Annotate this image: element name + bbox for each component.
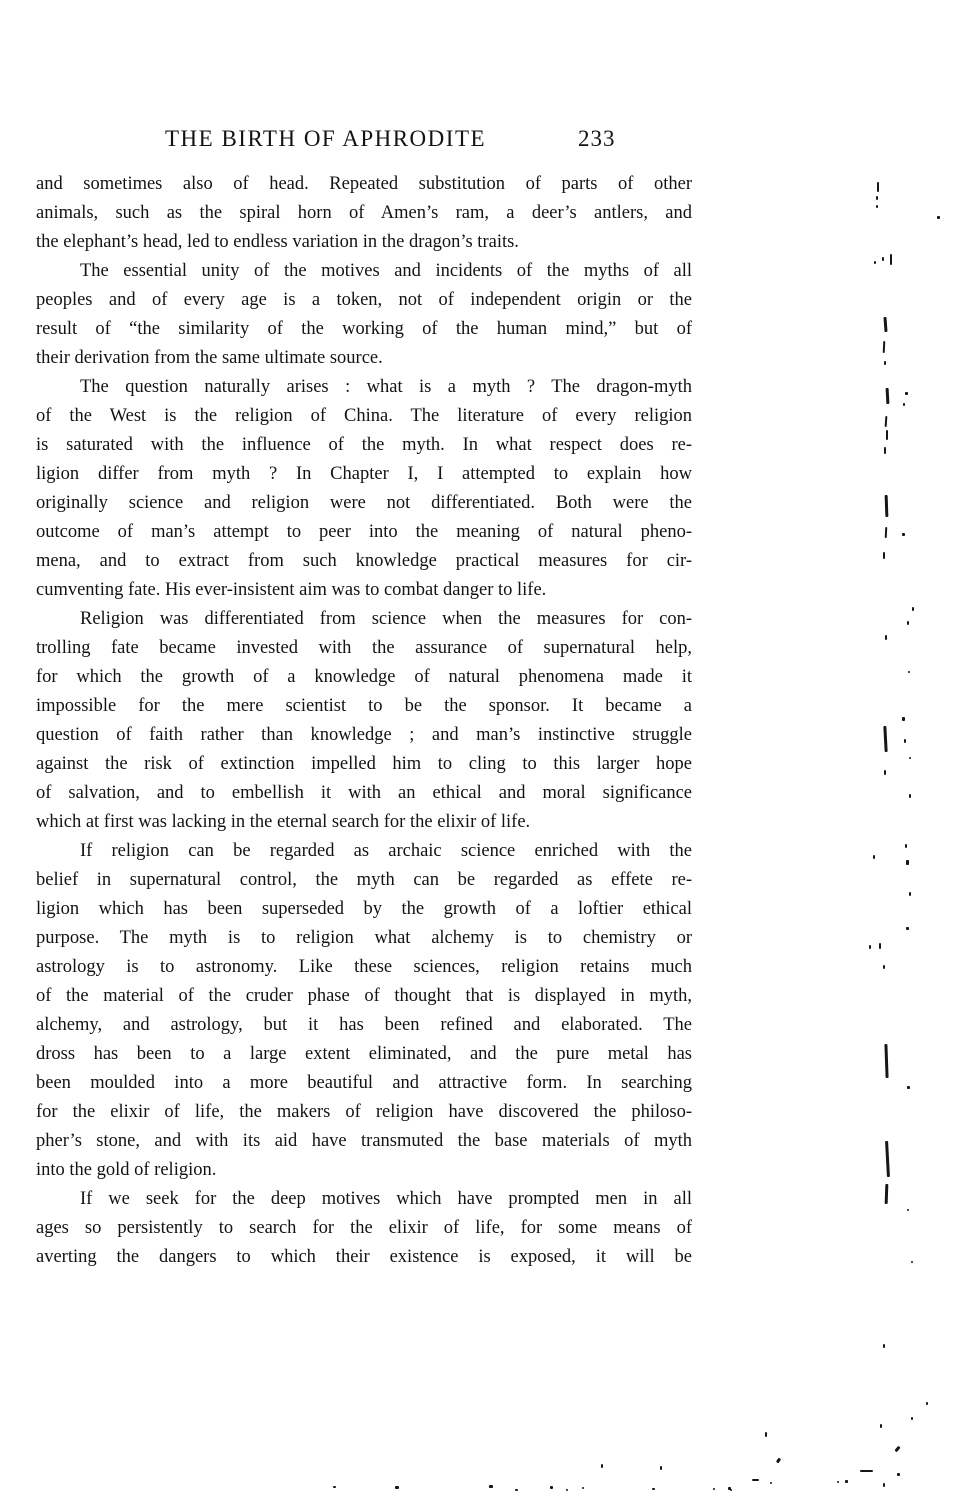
scan-artifact-speck bbox=[515, 1489, 518, 1491]
scan-artifact-speck bbox=[884, 1044, 888, 1078]
text-line: which at first was lacking in the eterna… bbox=[36, 808, 692, 837]
text-line: mena, and to extract from such knowledge… bbox=[36, 547, 692, 576]
scan-artifact-speck bbox=[912, 607, 914, 611]
scan-artifact-speck bbox=[845, 1480, 848, 1483]
text-line: result of “the similarity of the working… bbox=[36, 315, 692, 344]
text-line: ages so persistently to search for the e… bbox=[36, 1214, 692, 1243]
text-line: The question naturally arises : what is … bbox=[36, 373, 692, 402]
text-line: for which the growth of a knowledge of n… bbox=[36, 663, 692, 692]
text-line: Religion was differentiated from science… bbox=[36, 605, 692, 634]
paragraph: If religion can be regarded as archaic s… bbox=[36, 837, 692, 1185]
text-line: the elephant’s head, led to endless vari… bbox=[36, 228, 692, 257]
text-line: belief in supernatural control, the myth… bbox=[36, 866, 692, 895]
scan-artifact-speck bbox=[883, 1344, 885, 1348]
scan-artifact-speck bbox=[489, 1485, 493, 1488]
text-line: astrology is to astronomy. Like these sc… bbox=[36, 953, 692, 982]
scan-artifact-speck bbox=[926, 1402, 928, 1405]
text-line: of the material of the cruder phase of t… bbox=[36, 982, 692, 1011]
scan-artifact-speck bbox=[884, 361, 886, 365]
text-line: If religion can be regarded as archaic s… bbox=[36, 837, 692, 866]
scan-artifact-speck bbox=[909, 757, 911, 759]
page-title: THE BIRTH OF APHRODITE bbox=[165, 126, 486, 152]
scan-artifact-speck bbox=[876, 196, 878, 200]
scan-artifact-speck bbox=[904, 739, 906, 743]
scan-artifact-speck bbox=[874, 261, 876, 264]
scan-artifact-speck bbox=[333, 1486, 336, 1488]
scan-artifact-speck bbox=[765, 1432, 767, 1437]
scan-artifact-speck bbox=[885, 527, 888, 538]
text-line: alchemy, and astrology, but it has been … bbox=[36, 1011, 692, 1040]
body-text: and sometimes also of head. Repeated sub… bbox=[36, 170, 692, 1272]
text-line: impossible for the mere scientist to be … bbox=[36, 692, 692, 721]
text-line: against the risk of extinction impelled … bbox=[36, 750, 692, 779]
scan-artifact-speck bbox=[883, 726, 887, 752]
scan-artifact-speck bbox=[903, 403, 905, 406]
scan-artifact-speck bbox=[883, 341, 886, 353]
text-line: peoples and of every age is a token, not… bbox=[36, 286, 692, 315]
text-line: averting the dangers to which their exis… bbox=[36, 1243, 692, 1272]
scan-artifact-speck bbox=[906, 860, 909, 865]
scan-artifact-speck bbox=[566, 1489, 568, 1491]
scan-artifact-speck bbox=[860, 1470, 873, 1472]
scan-artifact-speck bbox=[909, 794, 911, 798]
page-header: THE BIRTH OF APHRODITE 233 bbox=[0, 126, 954, 158]
page-number: 233 bbox=[578, 126, 616, 152]
scan-artifact-speck bbox=[876, 205, 878, 208]
paragraph: Religion was differentiated from science… bbox=[36, 605, 692, 837]
text-line: purpose. The myth is to religion what al… bbox=[36, 924, 692, 953]
scan-artifact-speck bbox=[911, 1417, 913, 1420]
text-line: trolling fate became invested with the a… bbox=[36, 634, 692, 663]
text-line: ligion differ from myth ? In Chapter I, … bbox=[36, 460, 692, 489]
text-line: ligion which has been superseded by the … bbox=[36, 895, 692, 924]
scan-artifact-speck bbox=[905, 844, 907, 848]
scan-artifact-speck bbox=[883, 317, 887, 332]
scan-artifact-speck bbox=[909, 892, 911, 896]
scan-artifact-speck bbox=[652, 1488, 655, 1490]
scan-artifact-speck bbox=[894, 1446, 900, 1453]
scan-artifact-speck bbox=[660, 1466, 662, 1470]
text-line: their derivation from the same ultimate … bbox=[36, 344, 692, 373]
scan-artifact-speck bbox=[885, 416, 888, 427]
scan-artifact-speck bbox=[883, 965, 885, 969]
scan-artifact-speck bbox=[885, 1141, 890, 1177]
scan-artifact-speck bbox=[837, 1481, 839, 1483]
scan-artifact-speck bbox=[906, 927, 909, 930]
scan-artifact-speck bbox=[884, 770, 886, 775]
scan-artifact-speck bbox=[907, 1086, 910, 1089]
scan-artifact-speck bbox=[770, 1482, 772, 1484]
paragraph: The essential unity of the motives and i… bbox=[36, 257, 692, 373]
text-line: cumventing fate. His ever-insistent aim … bbox=[36, 576, 692, 605]
scan-artifact-speck bbox=[907, 1209, 909, 1211]
text-line: for the elixir of life, the makers of re… bbox=[36, 1098, 692, 1127]
text-line: outcome of man’s attempt to peer into th… bbox=[36, 518, 692, 547]
scan-artifact-speck bbox=[869, 945, 871, 949]
scan-artifact-speck bbox=[883, 552, 885, 559]
scan-artifact-speck bbox=[880, 1424, 882, 1428]
paragraph: If we seek for the deep motives which ha… bbox=[36, 1185, 692, 1272]
text-line: dross has been to a large extent elimina… bbox=[36, 1040, 692, 1069]
scan-artifact-speck bbox=[902, 717, 905, 721]
text-line: The essential unity of the motives and i… bbox=[36, 257, 692, 286]
scan-artifact-speck bbox=[877, 182, 879, 192]
text-line: into the gold of religion. bbox=[36, 1156, 692, 1185]
paragraph: The question naturally arises : what is … bbox=[36, 373, 692, 605]
scan-artifact-speck bbox=[885, 1184, 889, 1204]
text-line: originally science and religion were not… bbox=[36, 489, 692, 518]
text-line: of the West is the religion of China. Th… bbox=[36, 402, 692, 431]
scan-artifact-speck bbox=[713, 1488, 715, 1490]
scan-artifact-speck bbox=[902, 533, 905, 536]
scan-artifact-speck bbox=[395, 1486, 399, 1489]
scan-artifact-speck bbox=[873, 855, 875, 859]
scan-artifact-speck bbox=[879, 943, 881, 949]
text-line: and sometimes also of head. Repeated sub… bbox=[36, 170, 692, 199]
text-line: been moulded into a more beautiful and a… bbox=[36, 1069, 692, 1098]
paragraph: and sometimes also of head. Repeated sub… bbox=[36, 170, 692, 257]
scan-artifact-speck bbox=[776, 1458, 781, 1464]
book-page: THE BIRTH OF APHRODITE 233 and sometimes… bbox=[0, 0, 954, 1509]
text-line: pher’s stone, and with its aid have tran… bbox=[36, 1127, 692, 1156]
scan-artifact-speck bbox=[937, 216, 940, 219]
scan-artifact-speck bbox=[911, 1261, 913, 1263]
scan-artifact-speck bbox=[884, 447, 886, 454]
scan-artifact-speck bbox=[730, 1489, 732, 1491]
text-line: If we seek for the deep motives which ha… bbox=[36, 1185, 692, 1214]
scan-artifact-speck bbox=[886, 430, 888, 440]
scan-artifact-speck bbox=[883, 1483, 885, 1487]
text-line: of salvation, and to embellish it with a… bbox=[36, 779, 692, 808]
scan-artifact-speck bbox=[550, 1486, 553, 1489]
scan-artifact-speck bbox=[882, 257, 884, 261]
scan-artifact-speck bbox=[582, 1487, 584, 1489]
scan-artifact-speck bbox=[890, 254, 892, 265]
scan-artifact-speck bbox=[885, 495, 889, 517]
scan-artifact-speck bbox=[905, 392, 908, 395]
scan-artifact-speck bbox=[907, 621, 909, 625]
scan-artifact-speck bbox=[908, 671, 910, 673]
text-line: is saturated with the influence of the m… bbox=[36, 431, 692, 460]
text-line: animals, such as the spiral horn of Amen… bbox=[36, 199, 692, 228]
scan-artifact-speck bbox=[601, 1464, 603, 1468]
scan-artifact-speck bbox=[885, 635, 887, 640]
scan-artifact-speck bbox=[752, 1479, 759, 1481]
scan-artifact-speck bbox=[886, 388, 890, 404]
scan-artifact-speck bbox=[897, 1473, 900, 1476]
text-line: question of faith rather than knowledge … bbox=[36, 721, 692, 750]
